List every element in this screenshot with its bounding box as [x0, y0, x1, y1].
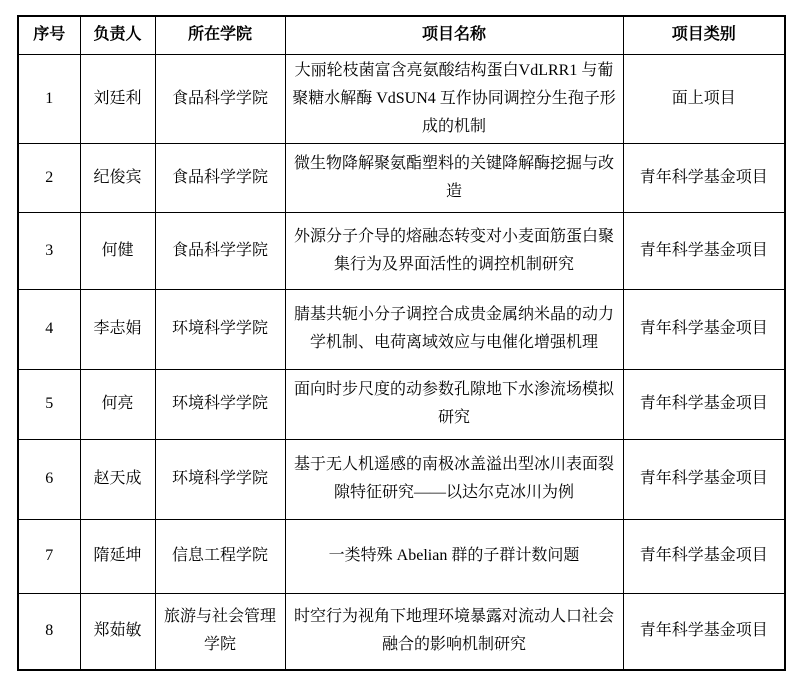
cell-serial: 8 [18, 593, 80, 670]
cell-leader: 纪俊宾 [80, 143, 155, 212]
cell-category: 青年科学基金项目 [623, 289, 785, 369]
cell-project: 外源分子介导的熔融态转变对小麦面筋蛋白聚集行为及界面活性的调控机制研究 [285, 212, 623, 289]
cell-category: 青年科学基金项目 [623, 143, 785, 212]
cell-college: 食品科学学院 [155, 54, 285, 143]
cell-college: 食品科学学院 [155, 212, 285, 289]
table-row: 3 何健 食品科学学院 外源分子介导的熔融态转变对小麦面筋蛋白聚集行为及界面活性… [18, 212, 785, 289]
cell-serial: 3 [18, 212, 80, 289]
cell-college: 环境科学学院 [155, 369, 285, 439]
cell-project: 腈基共轭小分子调控合成贵金属纳米晶的动力学机制、电荷离域效应与电催化增强机理 [285, 289, 623, 369]
table-row: 2 纪俊宾 食品科学学院 微生物降解聚氨酯塑料的关键降解酶挖掘与改造 青年科学基… [18, 143, 785, 212]
cell-college: 环境科学学院 [155, 439, 285, 519]
cell-category: 青年科学基金项目 [623, 212, 785, 289]
cell-category: 面上项目 [623, 54, 785, 143]
table-header-row: 序号 负责人 所在学院 项目名称 项目类别 [18, 16, 785, 54]
cell-leader: 郑茹敏 [80, 593, 155, 670]
cell-leader: 李志娟 [80, 289, 155, 369]
cell-project: 一类特殊 Abelian 群的子群计数问题 [285, 519, 623, 593]
cell-project: 基于无人机遥感的南极冰盖溢出型冰川表面裂隙特征研究——以达尔克冰川为例 [285, 439, 623, 519]
document-page: 序号 负责人 所在学院 项目名称 项目类别 1 刘廷利 食品科学学院 大丽轮枝菌… [0, 0, 799, 694]
cell-leader: 赵天成 [80, 439, 155, 519]
cell-category: 青年科学基金项目 [623, 593, 785, 670]
table-row: 4 李志娟 环境科学学院 腈基共轭小分子调控合成贵金属纳米晶的动力学机制、电荷离… [18, 289, 785, 369]
col-header-college: 所在学院 [155, 16, 285, 54]
cell-project: 面向时步尺度的动参数孔隙地下水渗流场模拟研究 [285, 369, 623, 439]
cell-leader: 刘廷利 [80, 54, 155, 143]
cell-college: 环境科学学院 [155, 289, 285, 369]
cell-project: 大丽轮枝菌富含亮氨酸结构蛋白VdLRR1 与葡聚糖水解酶 VdSUN4 互作协同… [285, 54, 623, 143]
cell-category: 青年科学基金项目 [623, 519, 785, 593]
cell-serial: 5 [18, 369, 80, 439]
cell-college: 信息工程学院 [155, 519, 285, 593]
table-row: 6 赵天成 环境科学学院 基于无人机遥感的南极冰盖溢出型冰川表面裂隙特征研究——… [18, 439, 785, 519]
cell-project: 微生物降解聚氨酯塑料的关键降解酶挖掘与改造 [285, 143, 623, 212]
table-row: 5 何亮 环境科学学院 面向时步尺度的动参数孔隙地下水渗流场模拟研究 青年科学基… [18, 369, 785, 439]
table-row: 7 隋延坤 信息工程学院 一类特殊 Abelian 群的子群计数问题 青年科学基… [18, 519, 785, 593]
col-header-project: 项目名称 [285, 16, 623, 54]
col-header-serial: 序号 [18, 16, 80, 54]
cell-serial: 2 [18, 143, 80, 212]
cell-leader: 隋延坤 [80, 519, 155, 593]
cell-serial: 6 [18, 439, 80, 519]
cell-leader: 何健 [80, 212, 155, 289]
cell-project: 时空行为视角下地理环境暴露对流动人口社会融合的影响机制研究 [285, 593, 623, 670]
cell-college: 食品科学学院 [155, 143, 285, 212]
projects-table: 序号 负责人 所在学院 项目名称 项目类别 1 刘廷利 食品科学学院 大丽轮枝菌… [17, 15, 786, 671]
table-row: 1 刘廷利 食品科学学院 大丽轮枝菌富含亮氨酸结构蛋白VdLRR1 与葡聚糖水解… [18, 54, 785, 143]
col-header-leader: 负责人 [80, 16, 155, 54]
cell-serial: 7 [18, 519, 80, 593]
col-header-category: 项目类别 [623, 16, 785, 54]
cell-category: 青年科学基金项目 [623, 369, 785, 439]
cell-serial: 4 [18, 289, 80, 369]
cell-category: 青年科学基金项目 [623, 439, 785, 519]
table-row: 8 郑茹敏 旅游与社会管理学院 时空行为视角下地理环境暴露对流动人口社会融合的影… [18, 593, 785, 670]
cell-college: 旅游与社会管理学院 [155, 593, 285, 670]
cell-serial: 1 [18, 54, 80, 143]
cell-leader: 何亮 [80, 369, 155, 439]
